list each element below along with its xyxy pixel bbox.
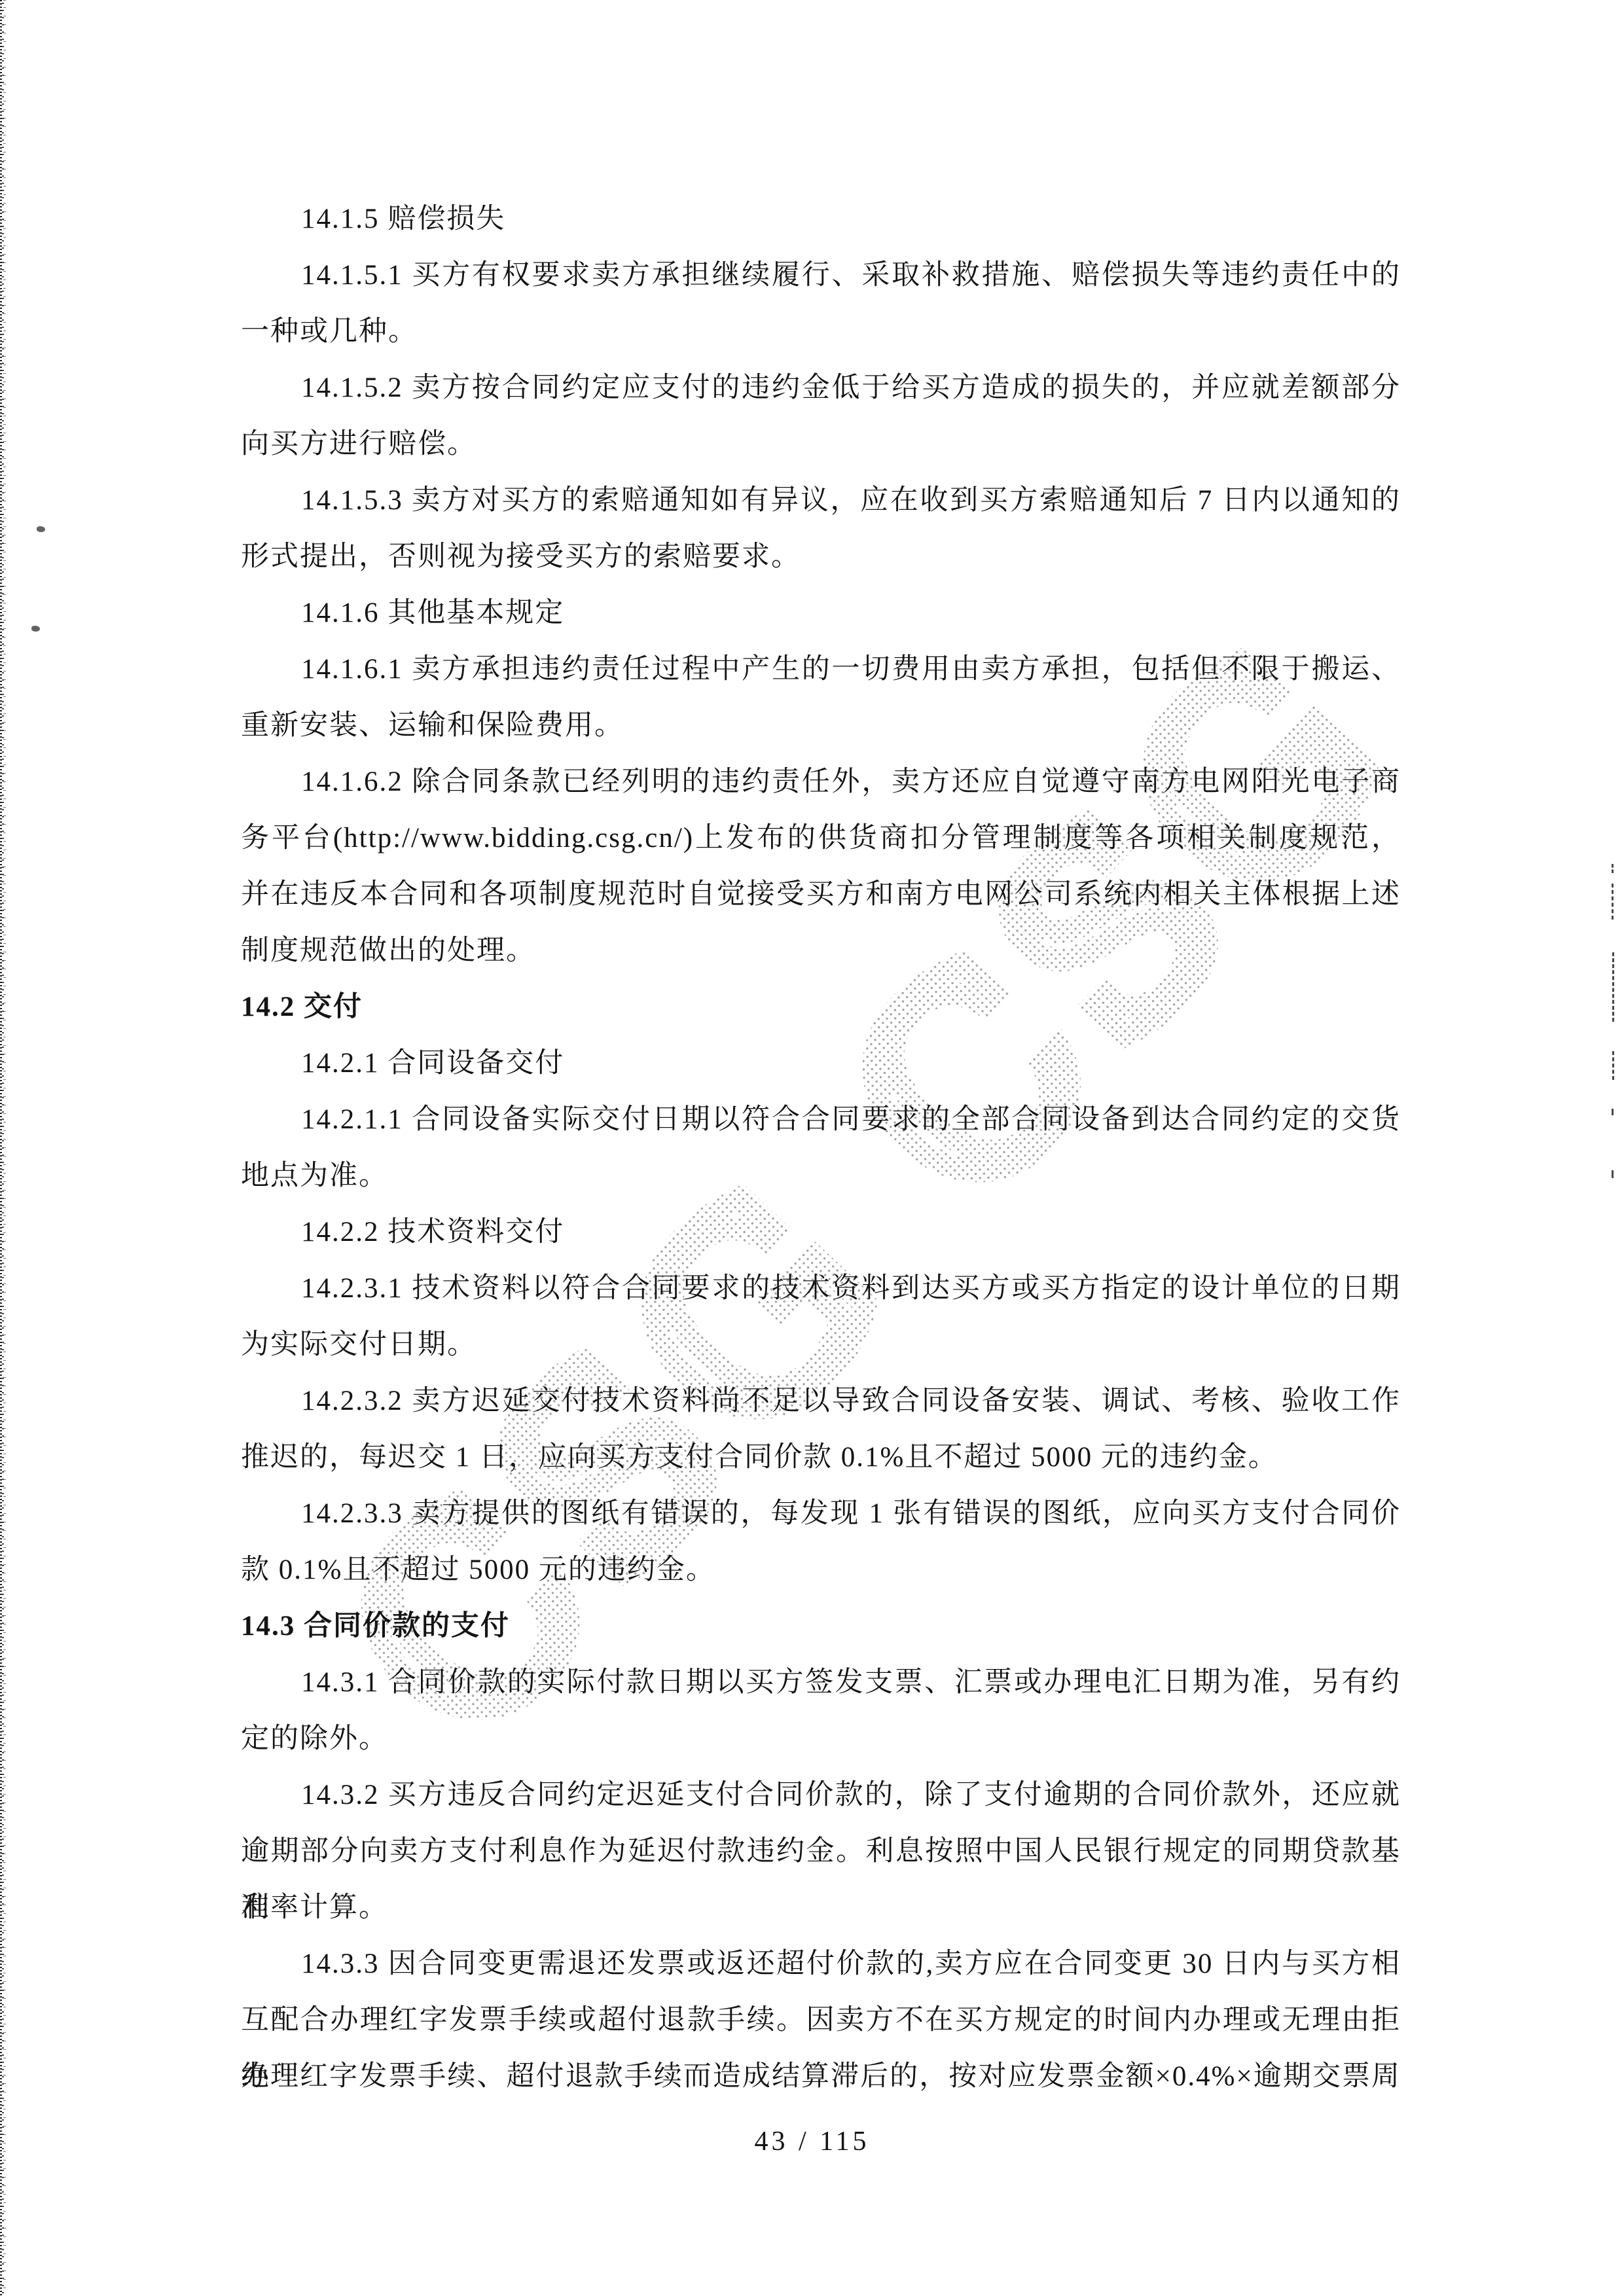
text-line: 14.1.6.2 除合同条款已经列明的违约责任外，卖方还应自觉遵守南方电网阳光电… [241, 754, 1401, 810]
text-line: 互配合办理红字发票手续或超付退款手续。因卖方不在买方规定的时间内办理或无理由拒绝 [241, 1992, 1401, 2049]
scan-edge-noise [0, 0, 6, 2296]
text-line: 地点为准。 [241, 1148, 1401, 1204]
scan-dash-mark [1612, 1109, 1614, 1115]
text-line: 14.3.1 合同价款的实际付款日期以买方签发支票、汇票或办理电汇日期为准，另有… [241, 1655, 1401, 1711]
text-line: 14.1.5 赔偿损失 [241, 191, 1401, 247]
text-line: 一种或几种。 [241, 304, 1401, 360]
text-line: 推迟的，每迟交 1 日，应向买方支付合同价款 0.1%且不超过 5000 元的违… [241, 1429, 1401, 1486]
text-line: 14.1.6.1 卖方承担违约责任过程中产生的一切费用由卖方承担，包括但不限于搬… [241, 641, 1401, 698]
page-number: 43 / 115 [0, 2126, 1624, 2157]
text-line: 定的除外。 [241, 1711, 1401, 1767]
text-line: 14.2.1 合同设备交付 [241, 1035, 1401, 1092]
text-line: 款 0.1%且不超过 5000 元的违约金。 [241, 1542, 1401, 1598]
scan-speck [31, 626, 40, 632]
scan-dash-mark [1612, 1051, 1614, 1080]
text-line: 14.2.1.1 合同设备实际交付日期以符合合同要求的全部合同设备到达合同约定的… [241, 1092, 1401, 1148]
text-line: 重新安装、运输和保险费用。 [241, 698, 1401, 754]
text-line: 14.2.3.2 卖方迟延交付技术资料尚不足以导致合同设备安装、调试、考核、验收… [241, 1373, 1401, 1429]
text-line: 制度规范做出的处理。 [241, 923, 1401, 979]
text-line: 14.3 合同价款的支付 [241, 1598, 1401, 1655]
text-line: 办理红字发票手续、超付退款手续而造成结算滞后的，按对应发票金额×0.4%×逾期交… [241, 2049, 1401, 2105]
text-line: 形式提出，否则视为接受买方的索赔要求。 [241, 529, 1401, 585]
text-line: 为实际交付日期。 [241, 1317, 1401, 1373]
text-line: 14.3.3 因合同变更需退还发票或返还超付价款的,卖方应在合同变更 30 日内… [241, 1936, 1401, 1992]
scanned-contract-page: CSG CSG 14.1.5 赔偿损失14.1.5.1 买方有权要求卖方承担继续… [0, 0, 1624, 2296]
scan-dash-mark [1612, 884, 1614, 920]
text-line: 务平台(http://www.bidding.csg.cn/)上发布的供货商扣分… [241, 810, 1401, 867]
text-line: 14.1.5.3 卖方对买方的索赔通知如有异议，应在收到买方索赔通知后 7 日内… [241, 473, 1401, 529]
text-line: 逾期部分向卖方支付利息作为延迟付款违约金。利息按照中国人民银行规定的同期贷款基准 [241, 1823, 1401, 1880]
text-line: 14.2.2 技术资料交付 [241, 1204, 1401, 1261]
text-line: 14.2.3.3 卖方提供的图纸有错误的，每发现 1 张有错误的图纸，应向买方支… [241, 1486, 1401, 1542]
text-line: 14.3.2 买方违反合同约定迟延支付合同价款的，除了支付逾期的合同价款外，还应… [241, 1767, 1401, 1823]
contract-text-block: 14.1.5 赔偿损失14.1.5.1 买方有权要求卖方承担继续履行、采取补救措… [241, 191, 1401, 2105]
text-line: 14.2 交付 [241, 979, 1401, 1035]
text-line: 14.1.5.1 买方有权要求卖方承担继续履行、采取补救措施、赔偿损失等违约责任… [241, 247, 1401, 304]
scan-dash-mark [1612, 864, 1614, 873]
text-line: 向买方进行赔偿。 [241, 416, 1401, 473]
scan-dash-mark [1612, 1170, 1614, 1178]
text-line: 14.1.6 其他基本规定 [241, 585, 1401, 641]
text-line: 利率计算。 [241, 1880, 1401, 1936]
scan-dash-mark [1612, 952, 1614, 1022]
text-line: 并在违反本合同和各项制度规范时自觉接受买方和南方电网公司系统内相关主体根据上述 [241, 867, 1401, 923]
text-line: 14.2.3.1 技术资料以符合合同要求的技术资料到达买方或买方指定的设计单位的… [241, 1261, 1401, 1317]
scan-speck [37, 526, 45, 532]
text-line: 14.1.5.2 卖方按合同约定应支付的违约金低于给买方造成的损失的，并应就差额… [241, 360, 1401, 416]
